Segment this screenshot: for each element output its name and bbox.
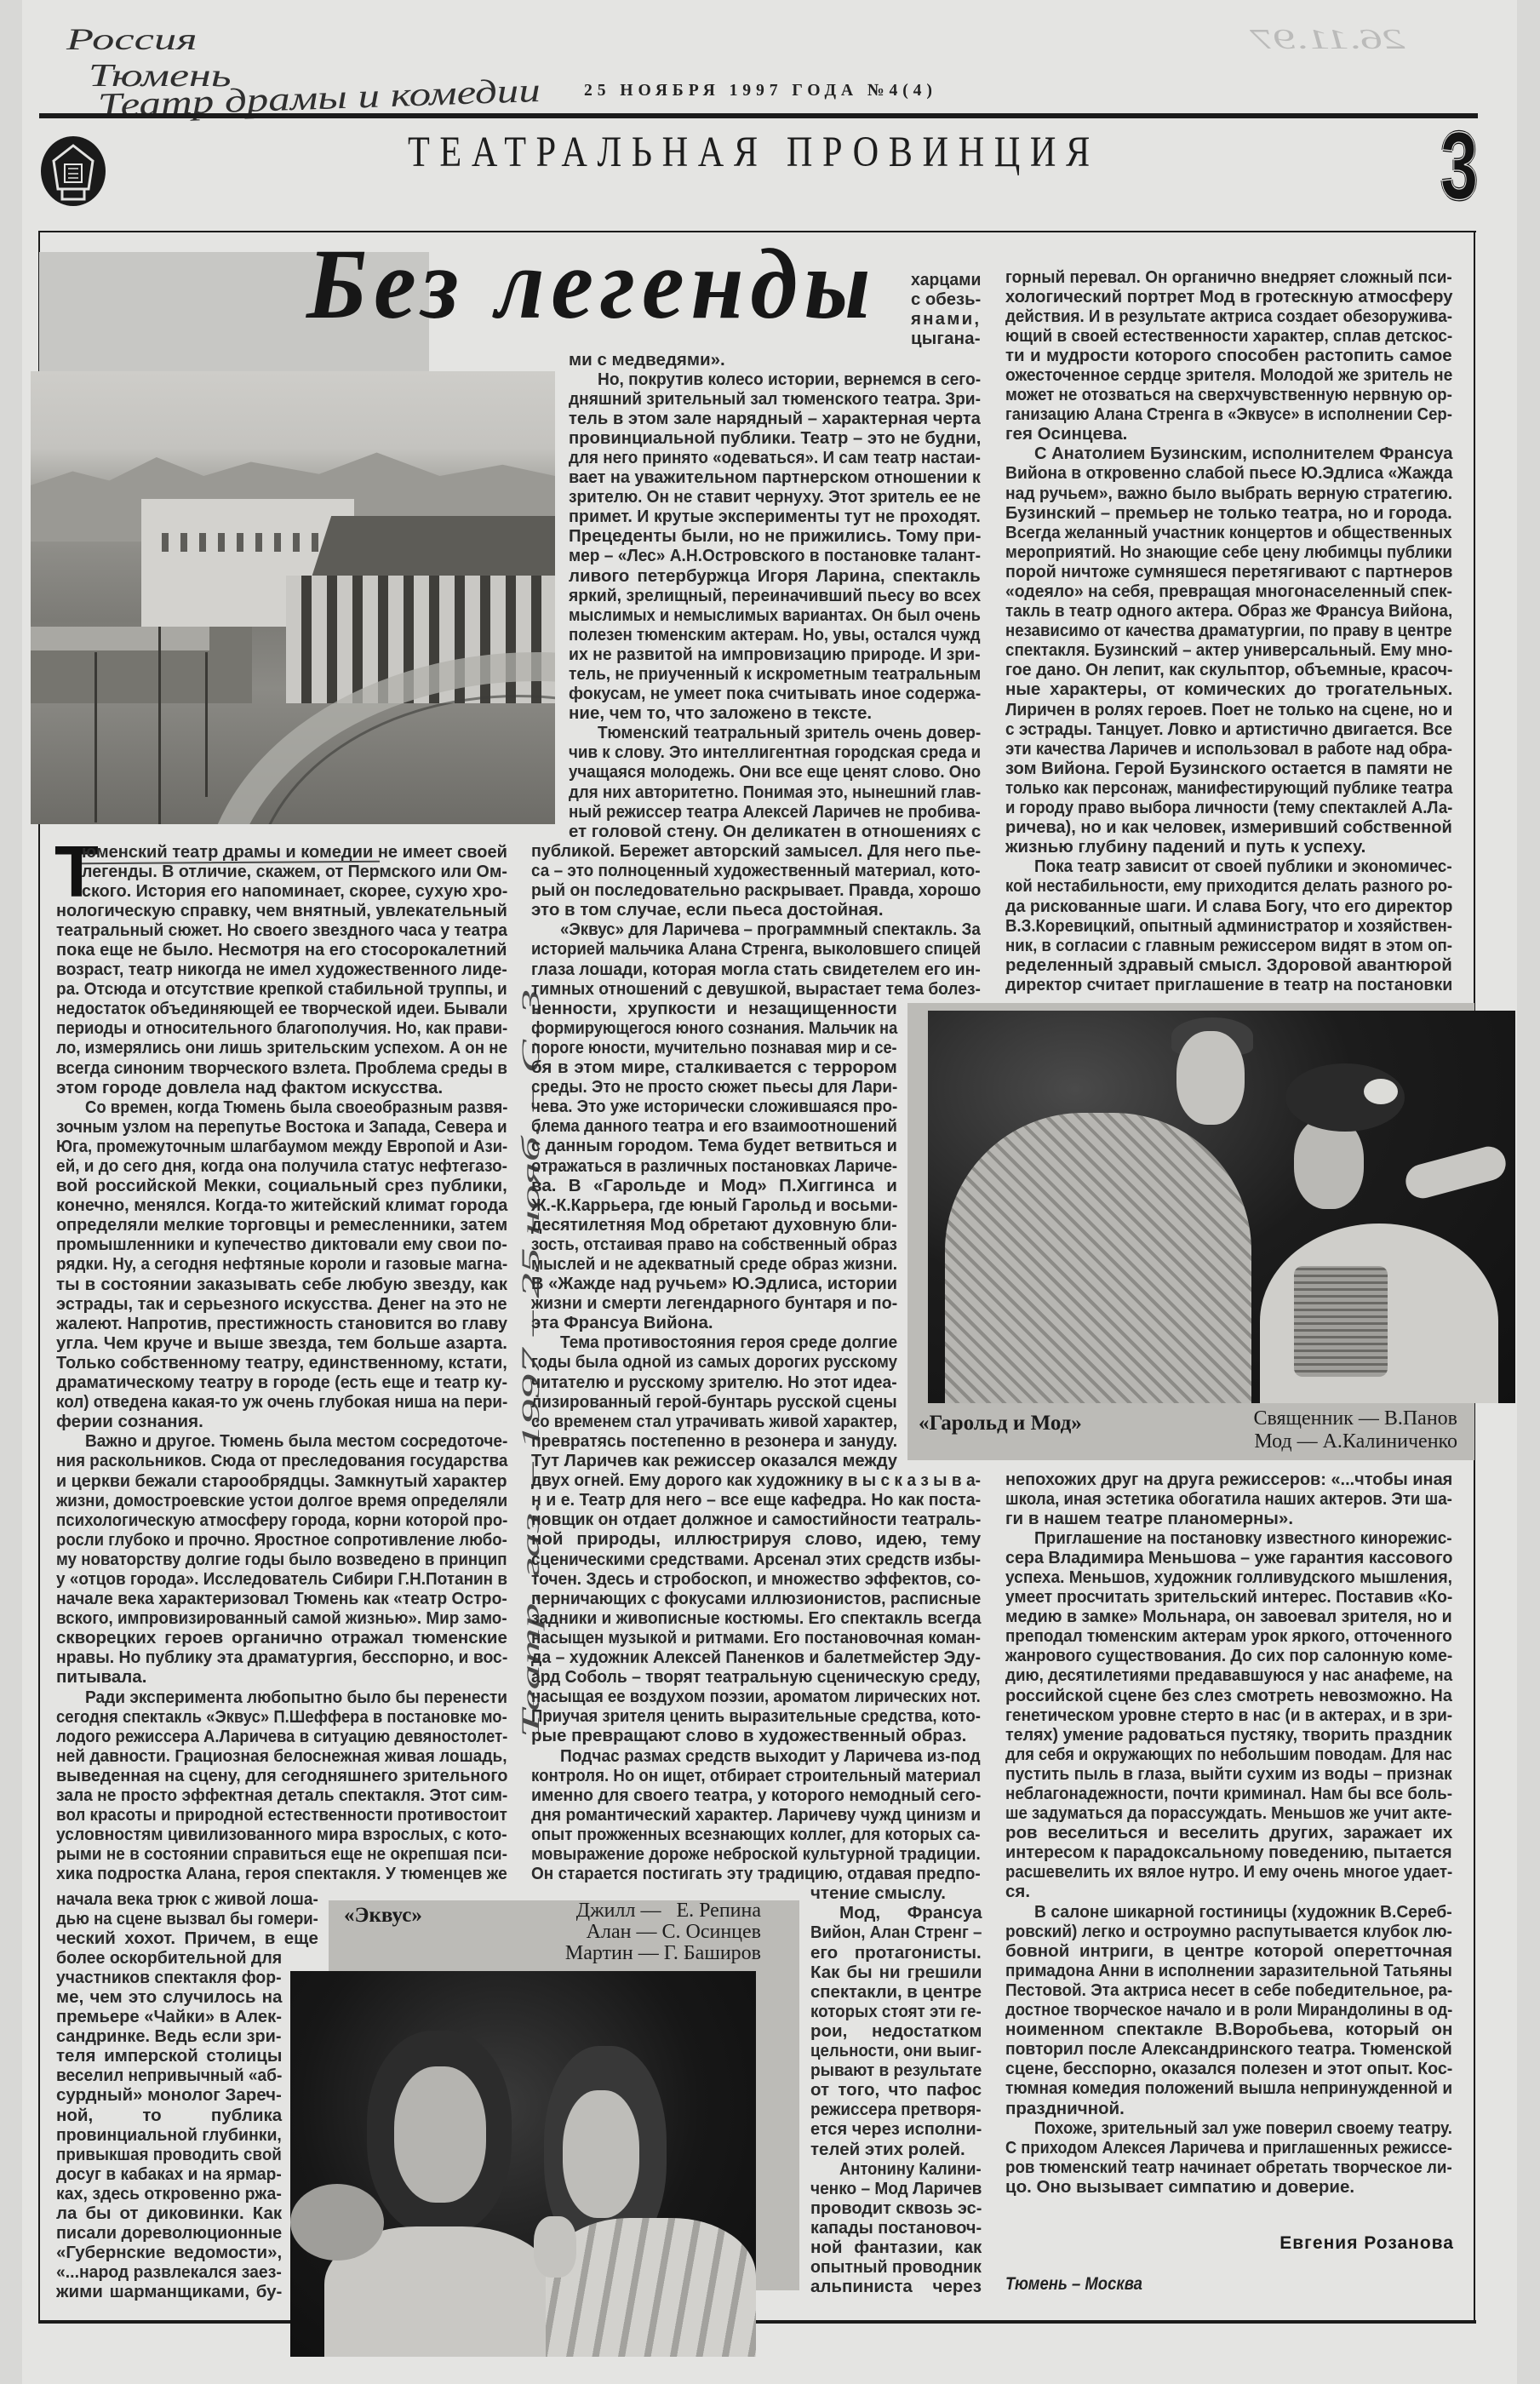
text-line: Важно и другое. Тюмень была местом сосре… [56, 1431, 507, 1451]
text-line-content: гое дано. Он лепит, как скульптор, объем… [1005, 660, 1452, 679]
text-line: независимо от качества драматургии, по п… [1005, 621, 1452, 640]
text-line-content: более оскорбительной для [56, 1948, 282, 1968]
text-line-content: годы была одной из самых дорогих русском… [531, 1352, 897, 1372]
text-line-content: мер – «Лес» А.Н.Островского в постановке… [569, 546, 981, 565]
text-line: ми с медведями». [569, 350, 981, 370]
text-line: тимных отношений с девушкой, вырастает т… [531, 979, 981, 999]
text-line-content: от того, что пафос [810, 2080, 982, 2100]
text-line: и церкви бежали старообрядцы. Замкнутый … [56, 1471, 507, 1491]
text-line: конечно, менялся. Когда-то житейский кли… [56, 1195, 507, 1215]
text-line: полезен тюменским актерам. Но, увы, оста… [569, 625, 981, 645]
text-line-content: сера Владимира Меньшова – уже гарантия к… [1005, 1548, 1452, 1567]
text-line: ющий в своей естественности характер, сп… [1005, 326, 1452, 346]
text-line: ной природы, иллюстрируя слово, идею, те… [531, 1529, 981, 1549]
text-line: рои, недостатком [810, 2021, 982, 2041]
text-line: ется через исполни- [810, 2119, 982, 2139]
text-line-content: недостаток объединяющей ее творческой ид… [56, 999, 507, 1018]
text-line: перничающих с фокусами иллюзионистов, ра… [531, 1589, 981, 1608]
text-line: психологическую атмосферу города, корни … [56, 1510, 507, 1530]
text-line-content: цо. Оно вызывает симпатию и доверие. [1005, 2177, 1354, 2197]
equus-photo [290, 1971, 756, 2357]
text-line: досуг в кабаках и на ярмар- [56, 2164, 282, 2184]
text-line: мер – «Лес» А.Н.Островского в постановке… [569, 546, 981, 565]
text-line-content: «Губернские ведомости», [56, 2243, 282, 2262]
text-line-content: веселил непривычный «аб- [56, 2066, 282, 2085]
text-line: ся. [1005, 1882, 1452, 1901]
text-line-content: полезен тюменским актерам. Но, увы, оста… [569, 625, 981, 645]
text-line-content: новщик он отдает должное и самостийности… [531, 1510, 981, 1529]
text-line: действия. И в результате актриса создает… [1005, 307, 1452, 326]
text-line: порой ничтоже сумняшеся перетягивают с п… [1005, 562, 1452, 582]
text-line: н и е. Театр для него – все еще кафедра.… [531, 1490, 981, 1510]
text-line: питывала. [56, 1667, 507, 1687]
text-line-content: фокусам, не умеет пока считывать иное со… [569, 684, 981, 703]
cast-line: Священник — В.Панов [1192, 1407, 1457, 1430]
text-line: тель, не приученный к искрометным театра… [569, 664, 981, 684]
text-line-content: «Эквус» для Ларичева – программный спект… [560, 920, 981, 939]
text-line: успеха. Меньшов, художник голливудского … [1005, 1567, 1452, 1587]
text-line: достное творческое начало и в роли Миран… [1005, 2000, 1452, 2020]
caption-title-text: «Гарольд и Мод» [919, 1412, 1082, 1435]
caption-title-text: «Эквус» [344, 1904, 422, 1927]
text-line-content: примет. И крутые эксперименты тут не про… [569, 507, 981, 526]
text-line-content: действия. И в результате актриса создает… [1005, 307, 1452, 326]
text-line-content: Приучая зрителя ценить выразительные сре… [531, 1706, 981, 1726]
text-line-content: тель в этом зале нарядный – характерная … [569, 409, 981, 428]
text-line-content: Он старается постигать эту традицию, отд… [531, 1864, 981, 1883]
text-line-content: ло, измерялись они лишь зрительским успе… [56, 1038, 507, 1057]
text-line: Тюменский театральный зритель очень дове… [569, 723, 981, 742]
text-line-content: угла. Чем круче и выше звезда, тем больш… [56, 1333, 507, 1353]
text-line-content: ник, в согласии с главным режиссером вид… [1005, 936, 1452, 955]
text-line-content: альпиниста через [810, 2277, 982, 2296]
harold-maude-photo [928, 1011, 1515, 1403]
text-line-content: вол красоты и природной естественности п… [56, 1805, 507, 1825]
page-number: 3 [1440, 118, 1493, 214]
cast-line: Алан — С. Осинцев [477, 1922, 761, 1943]
text-line: чева. Это уже исторически сложившаяся пр… [531, 1097, 897, 1116]
text-line: эти качества Ларичев и использовал в раб… [1005, 739, 1452, 759]
photo-pole [94, 652, 97, 822]
text-line-content: Тюменский театральный зритель очень дове… [598, 723, 981, 742]
text-line: Антонину Калини- [810, 2159, 982, 2179]
text-line-content: участников спектакля фор- [56, 1968, 282, 1987]
text-line: глаза лошади, которая могла стать свидет… [531, 960, 981, 979]
text-line: Юга, промежуточным шлагбаумом между Евро… [56, 1137, 507, 1156]
text-line: жизни и смерти легендарного бунтаря и по… [531, 1293, 897, 1313]
column-2-text: ми с медведями».Но, покрутив колесо исто… [569, 350, 981, 841]
text-line-content: Но, покрутив колесо истории, вернемся в … [598, 370, 981, 389]
text-line-content: точен. Здесь и стробоскоп, и множество э… [531, 1569, 981, 1589]
text-line-content: зала не просто эффектная деталь спектакл… [56, 1785, 507, 1805]
text-line-content: рый он последовательно раскрывает. Правд… [531, 880, 981, 900]
text-line-content: Мод, Франсуа [839, 1903, 982, 1923]
text-line: российской сцене без слез смотреть невоз… [1005, 1686, 1452, 1705]
text-line-content: горный перевал. Он органично внедряет сл… [1005, 267, 1452, 287]
section-title: ТЕАТРАЛЬНАЯ ПРОВИНЦИЯ [408, 131, 1243, 175]
photo-alan-face [394, 2066, 486, 2203]
text-line-content: Всегда желанный участник концертов и общ… [1005, 523, 1452, 542]
text-line-content: провинциальной глубинки, [56, 2125, 282, 2145]
text-line-content: телях) умение радоваться пустяку, творит… [1005, 1725, 1452, 1745]
text-line: гея Осинцева. [1005, 424, 1452, 444]
text-line-content: ми с медведями». [569, 350, 725, 370]
theater-emblem-svg [39, 135, 107, 208]
text-line-content: дня романтический характер. Ларичеву чуж… [531, 1805, 981, 1825]
text-line-content: психологическую атмосферу города, корни … [56, 1510, 507, 1530]
article-title: Без легенды [306, 234, 906, 335]
text-line: капады постановоч- [810, 2218, 982, 2238]
text-line: Ради эксперимента любопытно было бы пере… [56, 1688, 507, 1707]
text-line: жими шарманщиками, бу- [56, 2282, 282, 2301]
text-line: выведенная на сцену, для сегодняшнего зр… [56, 1766, 507, 1785]
cast-role: Мартин [565, 1942, 633, 1964]
text-line-content: десятилетняя Мод обретают духовную бли- [531, 1215, 897, 1235]
text-line-content: отражаться в различных постановках Ларич… [531, 1156, 897, 1176]
text-line: ти и мудрости которого способен растопит… [1005, 346, 1452, 365]
text-line: задники и живописные костюмы. Его спекта… [531, 1608, 981, 1628]
text-line-content: дью на сцене вызвал бы гомери- [56, 1909, 318, 1928]
text-line: ров веселиться и веселить других, заража… [1005, 1823, 1452, 1842]
text-line-content: эстрады, так и серьезного искусства. Ден… [56, 1294, 507, 1314]
text-line: Подчас размах средств выходит у Ларичева… [531, 1746, 981, 1766]
text-line: и городу право выбора личности (тему спе… [1005, 798, 1452, 817]
text-line: ней давности. Грациозная белоснежная жив… [56, 1746, 507, 1766]
text-line: сурдный» монолог Зареч- [56, 2085, 282, 2105]
text-line: Пестовой. Эта актриса несет в себе побед… [1005, 1980, 1452, 2000]
text-line: Как бы ни грешили [810, 1963, 982, 1982]
text-line: ожесточенное сердце зрителя. Молодой же … [1005, 365, 1452, 385]
text-line-content: янами, [911, 309, 981, 329]
text-line-content: зрителю. Он не ставит чернуху. Этот зрит… [569, 487, 981, 507]
text-line-content: двух огней. Ему дорого как художнику в ы… [531, 1470, 981, 1490]
text-line: для него принято «одеваться». И сам теат… [569, 448, 981, 467]
text-line: зость, отстаивая право на собственный об… [531, 1235, 897, 1254]
cast-line: Мод — А.Калиниченко [1192, 1430, 1457, 1453]
text-line: ме, чем это случилось на [56, 1987, 282, 2007]
text-line: зочным узлом на перепутье Востока и Запа… [56, 1117, 507, 1137]
text-line: янами, [911, 309, 981, 329]
text-line-content: эти качества Ларичев и использовал в раб… [1005, 739, 1452, 759]
text-line-content: ной, то публика [56, 2106, 282, 2125]
text-line: его протагонисты. [810, 1943, 982, 1963]
text-line-content: насыщен музыкой и ритмами. Его постаново… [531, 1628, 981, 1648]
text-line: лодого режиссера А.Ларичева в ситуацию д… [56, 1727, 507, 1746]
text-line-content: ние, чем то, что заложено в тексте. [569, 703, 872, 723]
text-line-content: росли глубоко и прочно. Яростное сопроти… [56, 1530, 507, 1550]
text-line: возраст, театр никогда не имел художеств… [56, 960, 507, 979]
text-line-content: неблагонадежности, почти криминал. Нам б… [1005, 1784, 1452, 1803]
column-2-narrow-text: чтение смыслу.Мод, ФрансуаВийон, Алан Ст… [810, 1883, 982, 2296]
text-line: жанрового существования. До сих пор сало… [1005, 1646, 1452, 1665]
text-line: ра. Отсюда и отсутствие крепкой стабильн… [56, 979, 507, 999]
margin-note-text: Театр. газ. – 1997 – 25 нояб. – С. 3 [518, 989, 544, 1738]
photo-martin-face [563, 2090, 639, 2218]
text-line: Пока театр зависит от своей публики и эк… [1005, 857, 1452, 876]
text-line-content: Антонину Калини- [839, 2159, 982, 2179]
text-line: пустить пыль в глаза, выйти сухим из вод… [1005, 1764, 1452, 1784]
text-line: драматическому театру в городе (есть еще… [56, 1373, 507, 1392]
text-line-content: Лиричен в ролях героев. Поет не только н… [1005, 700, 1452, 719]
text-line: альпиниста через [810, 2277, 982, 2296]
text-line-content: провинциальной публики. Театр – это не б… [569, 428, 981, 448]
text-line: точен. Здесь и стробоскоп, и множество э… [531, 1569, 981, 1589]
text-line: жизнью глубину падений и путь к успеху. [1005, 837, 1452, 857]
text-line: вол красоты и природной естественности п… [56, 1805, 507, 1825]
text-line-content: ся. [1005, 1882, 1030, 1901]
text-line-content: жизнью глубину падений и путь к успеху. [1005, 837, 1365, 857]
handwritten-text: Россия [66, 24, 198, 54]
text-line: ния раскольников. Сюда от преследования … [56, 1451, 507, 1470]
text-line-content: Пока театр зависит от своей публики и эк… [1034, 857, 1452, 876]
text-line: ноименном спектакле В.Воробьева, который… [1005, 2020, 1452, 2039]
text-line-content: ты в состоянии заказывать себе любую зве… [56, 1275, 507, 1294]
text-line-content: генетическом уровне стерто в нас (и в ак… [1005, 1705, 1452, 1725]
masthead-rule [39, 113, 1478, 118]
text-line-content: юменский театр драмы и комедии не имеет … [82, 842, 507, 862]
text-line-content: мыслей и не адекватный среде образ жизни… [531, 1254, 897, 1274]
text-line-content: Бузинский – премьер не только театра, но… [1005, 503, 1452, 523]
text-line: историей мальчика Алана Стренга, выколов… [531, 939, 981, 959]
text-line: промышленники и купечество диктовали ему… [56, 1235, 507, 1254]
text-line-content: ровский) легко и остроумно распутывается… [1005, 1922, 1452, 1941]
text-line-content: пороге юности, мучительно познавая мир и… [531, 1038, 897, 1057]
text-line-content: историей мальчика Алана Стренга, выколов… [531, 939, 981, 959]
text-line-content: хологический портрет Мод в гротескную ат… [1005, 287, 1452, 307]
text-line-content: хика подростка Алана, героя спектакля. У… [56, 1864, 507, 1883]
text-line-content: тюмная комедия положений вышла непринужд… [1005, 2078, 1452, 2098]
text-line-content: с эстрады. Танцует. Ловко и артистично д… [1005, 719, 1452, 739]
text-line: рядки. Ну, а сегодня нефтяные короли и г… [56, 1254, 507, 1274]
text-line-content: зом Вийона. Герой Бузинского остается в … [1005, 759, 1452, 778]
text-line-content: Ради эксперимента любопытно было бы пере… [85, 1688, 507, 1707]
text-line-content: капады постановоч- [810, 2218, 982, 2238]
text-line-content: такль в театр одного актера. Образ же Фр… [1005, 601, 1452, 621]
text-line: дию, десятилетиями предававшуюся у нас а… [1005, 1665, 1452, 1685]
text-line: чтение смыслу. [810, 1883, 982, 1903]
text-line: «Эквус» для Ларичева – программный спект… [531, 920, 981, 939]
text-line: телях) умение радоваться пустяку, творит… [1005, 1725, 1452, 1745]
text-line: дью на сцене вызвал бы гомери- [56, 1909, 318, 1928]
cast-role: Священник [1253, 1407, 1353, 1430]
text-line: ченко – Мод Ларичев [810, 2179, 982, 2198]
text-line-content: кой нестабильности, ему приходится делат… [1005, 876, 1452, 896]
text-line: скворецких героев органично отражал тюме… [56, 1628, 507, 1648]
text-line: ганизацию Алана Стренга в «Эквусе» в исп… [1005, 404, 1452, 424]
text-line-content: привыкшая проводить свой [56, 2145, 282, 2164]
text-line: Прецеденты были, но не прижились. Тому п… [569, 526, 981, 546]
text-line-content: для себя и окружающих по небольшим повод… [1005, 1745, 1452, 1764]
text-line-content: всегда синоним творческого взлета. Пробл… [56, 1058, 507, 1078]
text-line: ливого петербуржца Игоря Ларина, спектак… [569, 566, 981, 586]
text-line-content: теля имперской столицы [56, 2046, 282, 2066]
text-line: формирующегося юного сознания. Мальчик н… [531, 1018, 897, 1038]
text-line: «Губернские ведомости», [56, 2243, 282, 2262]
text-line-content: Вийон, Алан Стренг – [810, 1923, 982, 1942]
text-line-content: ферии сознания. [56, 1412, 203, 1431]
text-line: всегда синоним творческого взлета. Пробл… [56, 1058, 507, 1078]
text-line-content: театральный сюжет. Но своего звездного ч… [56, 920, 507, 940]
text-line: среды. Это не просто сюжет пьесы для Лар… [531, 1077, 897, 1097]
text-line: отражаться в различных постановках Ларич… [531, 1156, 897, 1176]
text-line: эстрады, так и серьезного искусства. Ден… [56, 1294, 507, 1314]
column-2-text: публикой. Бережет авторский замысел. Для… [531, 841, 981, 999]
text-line-content: задники и живописные костюмы. Его спекта… [531, 1608, 981, 1628]
text-line: режиссера претворя- [810, 2100, 982, 2119]
text-line-content: да рискованные шаги. И слава Богу, что е… [1005, 897, 1452, 916]
text-line: школа, иная эстетика обогатила наших акт… [1005, 1489, 1452, 1509]
text-line: такль в театр одного актера. Образ же Фр… [1005, 601, 1452, 621]
text-line-content: драматическому театру в городе (есть еще… [56, 1373, 507, 1392]
text-line: Со времен, когда Тюмень была своеобразны… [56, 1097, 507, 1117]
text-line: цыгана- [911, 329, 981, 348]
harold-maude-cast: Священник — В.Панов Мод — А.Калиниченко [1192, 1407, 1457, 1453]
text-line: сера Владимира Меньшова – уже гарантия к… [1005, 1548, 1452, 1567]
text-line-content: мовыражение дороже неброской культурной … [531, 1844, 981, 1864]
show-through-text: 26.11.97 [1251, 26, 1405, 54]
text-line: да – художник Алексей Паненков и балетме… [531, 1648, 981, 1667]
text-line-content: ла бы от диковинки. Как [56, 2203, 282, 2223]
text-line: В.З.Коревицкий, опытный администратор и … [1005, 916, 1452, 936]
text-line: неблагонадежности, почти криминал. Нам б… [1005, 1784, 1452, 1803]
text-line: это в том случае, если пьеса достойная. [531, 900, 981, 920]
text-line: премьере «Чайки» в Алек- [56, 2007, 282, 2026]
text-line-content: это в том случае, если пьеса достойная. [531, 900, 884, 920]
text-line: определяли мелкие торговцы и ремесленник… [56, 1215, 507, 1235]
text-line-content: жизни, домостроевские устои долгое время… [56, 1491, 507, 1510]
text-line-content: цыгана- [911, 329, 981, 348]
text-line: телей этих ролей. [810, 2140, 982, 2159]
historic-street-photo [31, 371, 555, 824]
text-line: пороге юности, мучительно познавая мир и… [531, 1038, 897, 1057]
text-line-content: конечно, менялся. Когда-то житейский кли… [56, 1195, 507, 1215]
text-line: «...народ развлекался заез- [56, 2262, 282, 2282]
text-line: зала не просто эффектная деталь спектакл… [56, 1785, 507, 1805]
text-line-content: бя в этом мире, сталкивается с террором [531, 1057, 897, 1077]
photo-shed-roof [31, 627, 209, 650]
text-line-content: директор считает приглашение в театр на … [1005, 975, 1452, 994]
text-line: спектакли, в центре [810, 1982, 982, 2002]
text-line-content: зочным узлом на перепутье Востока и Запа… [56, 1117, 507, 1137]
text-line: ард Соболь – творят театральную сценичес… [531, 1667, 981, 1687]
text-line-content: зость, отстаивая право на собственный об… [531, 1235, 897, 1254]
text-line: двух огней. Ему дорого как художнику в ы… [531, 1470, 981, 1490]
text-line: публикой. Бережет авторский замысел. Для… [531, 841, 981, 861]
text-line-content: рые превращают слово в художественный об… [531, 1726, 966, 1745]
photo-building-windows [150, 533, 346, 552]
text-line-content: и церкви бежали старообрядцы. Замкнутый … [56, 1471, 507, 1491]
text-line: проводит сквозь эс- [810, 2198, 982, 2218]
text-line: Мод, Франсуа [810, 1903, 982, 1923]
text-line: праздничной. [1005, 2099, 1452, 2118]
issue-date: 25 НОЯБРЯ 1997 ГОДА №4(4) [584, 82, 943, 99]
text-line-content: чева. Это уже исторически сложившаяся пр… [531, 1097, 897, 1116]
text-line: начала века трюк с живой лоша- [56, 1889, 318, 1909]
text-line-content: Пестовой. Эта актриса несет в себе побед… [1005, 1980, 1452, 2000]
text-line: нологическую справку, чем внятный, увлек… [56, 901, 507, 920]
text-line-content: Как бы ни грешили [810, 1963, 982, 1982]
text-line-content: ард Соболь – творят театральную сценичес… [531, 1667, 981, 1687]
text-line-content: праздничной. [1005, 2099, 1125, 2118]
text-line: театральный сюжет. Но своего звездного ч… [56, 920, 507, 940]
text-line-content: режиссера претворя- [810, 2100, 982, 2119]
text-line: над ручьем», важно было выбрать верную с… [1005, 484, 1452, 503]
text-line: ние, чем то, что заложено в тексте. [569, 703, 981, 723]
text-line: ферии сознания. [56, 1412, 507, 1431]
text-line-content: ти и мудрости которого способен растопит… [1005, 346, 1452, 365]
text-line: тюмная комедия положений вышла непринужд… [1005, 2078, 1452, 2098]
text-line: ненности, хрупкости и незащищенности [531, 999, 897, 1018]
dateline-text: Тюмень – Москва [1005, 2274, 1142, 2295]
text-line-content: сценическими средствами. Арсенал этих ср… [531, 1550, 981, 1569]
text-line-content: рядки. Ну, а сегодня нефтяные короли и г… [56, 1254, 507, 1274]
text-line: ей, и до сего дня, когда она получила ст… [56, 1156, 507, 1176]
photo-hat-flower [1364, 1079, 1398, 1104]
text-line-content: интересом к парадоксальному поведению, п… [1005, 1842, 1452, 1862]
text-line: дня романтический характер. Ларичеву чуж… [531, 1805, 981, 1825]
text-line: ной фантазии, как [810, 2238, 982, 2257]
text-line: В «Жажде над ручьем» Ю.Эдлиса, истории [531, 1274, 897, 1293]
text-line-content: жалеют. Напротив, престижность становитс… [56, 1314, 507, 1333]
cast-line: Джилл — Е. Репина [477, 1900, 761, 1922]
text-line-content: телей этих ролей. [810, 2140, 965, 2159]
text-line-content: превратясь постепенно в резонера и зануд… [531, 1431, 897, 1451]
text-line: директор считает приглашение в театр на … [1005, 975, 1452, 994]
text-line-content: ные характеры, от комических до трогател… [1005, 679, 1452, 699]
text-line: С Анатолием Бузинским, исполнителем Фран… [1005, 444, 1452, 463]
text-line: ках, здесь откровенно ржа- [56, 2184, 282, 2203]
photo-dark-roof [312, 516, 555, 577]
text-line: с эстрады. Танцует. Ловко и артистично д… [1005, 719, 1452, 739]
text-line-content: выведенная на сцену, для сегодняшнего зр… [56, 1766, 507, 1785]
text-line: рые превращают слово в художественный об… [531, 1726, 981, 1745]
text-line: дняшний зрительный зал тюменского театра… [569, 389, 981, 409]
article-bottom-rule [39, 2320, 1476, 2324]
text-line-content: лодого режиссера А.Ларичева в ситуацию д… [56, 1727, 507, 1746]
text-line: повторил после Александринского театра. … [1005, 2039, 1452, 2059]
equus-cast: Джилл — Е. Репина Алан — С. Осинцев Март… [477, 1900, 761, 1964]
text-line: превратясь постепенно в резонера и зануд… [531, 1431, 897, 1451]
text-line: ги в нашем театре планомерны». [1005, 1509, 1452, 1528]
column-3-text: непохожих друг на друга режиссеров: «...… [1005, 1470, 1452, 2197]
text-line: Вийон, Алан Стренг – [810, 1923, 982, 1942]
cast-actor: Е. Репина [676, 1900, 761, 1922]
text-line: лизированный герой-бунтарь русской сцены [531, 1392, 897, 1412]
text-line: участников спектакля фор- [56, 1968, 282, 1987]
text-line: рывают в результате [810, 2060, 982, 2080]
text-line-content: питывала. [56, 1667, 146, 1687]
text-line-content: умеет просчитать зрительский интерес. По… [1005, 1587, 1452, 1607]
text-line-content: успеха. Меньшов, художник голливудского … [1005, 1567, 1452, 1587]
cast-role: Мод [1254, 1430, 1291, 1453]
text-line: тель в этом зале нарядный – характерная … [569, 409, 981, 428]
text-line-content: харцами [911, 270, 981, 289]
cast-separator: — [1359, 1407, 1379, 1430]
text-line-content: Приглашение на постановку известного кин… [1034, 1528, 1452, 1548]
text-line: гое дано. Он лепит, как скульптор, объем… [1005, 660, 1452, 679]
text-line-content: чив к слову. Это интеллигентная городска… [569, 742, 981, 762]
text-line: ровский) легко и остроумно распутывается… [1005, 1922, 1452, 1941]
text-line-content: ганизацию Алана Стренга в «Эквусе» в исп… [1005, 404, 1452, 424]
text-line: хика подростка Алана, героя спектакля. У… [56, 1864, 507, 1883]
text-line: Всегда желанный участник концертов и общ… [1005, 523, 1452, 542]
cast-line: Мартин — Г. Баширов [477, 1943, 761, 1964]
text-line: писали дореволюционные [56, 2223, 282, 2243]
text-line-content: Ж.-К.Каррьера, где юный Гарольд и восьми… [531, 1195, 897, 1215]
text-line-content: ров тюменский театр начинает обретать тв… [1005, 2158, 1452, 2177]
text-line: сценическими средствами. Арсенал этих ср… [531, 1550, 981, 1569]
text-line-content: формирующегося юного сознания. Мальчик н… [531, 1018, 897, 1038]
